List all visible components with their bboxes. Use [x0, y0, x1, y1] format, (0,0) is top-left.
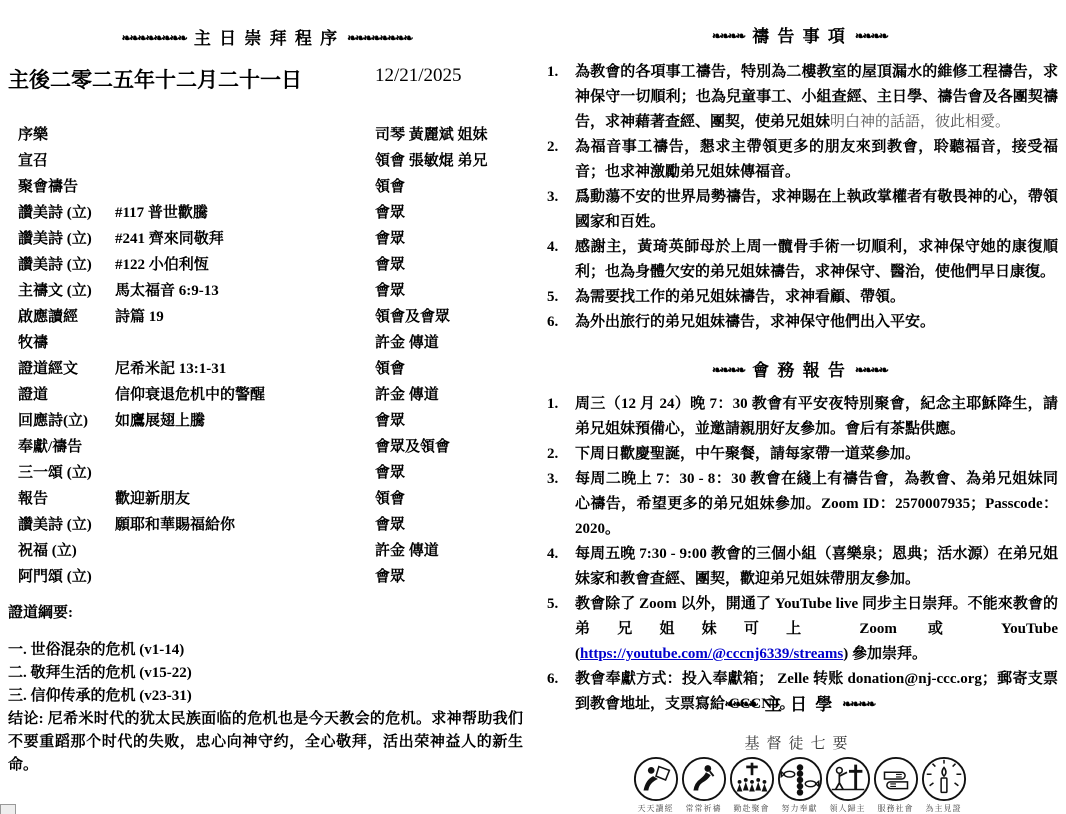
item-text: 為教會的各項事工禱告，特別為二樓教室的屋頂漏水的維修工程禱告，求神保守一切順利；… — [575, 60, 1058, 135]
program-person: 會眾及領會 — [375, 434, 523, 460]
program-person: 領會 張敏焜 弟兄 — [375, 148, 523, 174]
sunday-school-header: ❧❧❧❧主 日 學❧❧❧❧ — [533, 690, 1066, 715]
program-item: 讚美詩 (立) — [18, 200, 115, 226]
serve-society-icon — [873, 756, 919, 802]
youtube-streams-link[interactable]: https://youtube.com/@cccnj6339/streams — [580, 646, 843, 662]
lead-people-to-lord-item: 領人歸主 — [824, 756, 871, 814]
prayer-text: 為需要找工作的弟兄姐妹禱告，求神看顧、帶領。 — [575, 285, 1058, 310]
item-number: 5. — [545, 285, 575, 310]
date-row: 主後二零二五年十二月二十一日 12/21/2025 — [8, 64, 523, 94]
table-row: 啟應讀經詩篇 19領會及會眾 — [18, 304, 523, 330]
icon-caption: 服務社會 — [878, 803, 914, 814]
program-person: 會眾 — [375, 252, 523, 278]
item-number: 1. — [545, 392, 575, 442]
table-row: 讚美詩 (立)#241 齊來同敬拜會眾 — [18, 226, 523, 252]
program-detail — [115, 122, 375, 148]
icon-caption: 領人歸主 — [830, 803, 866, 814]
program-person: 會眾 — [375, 226, 523, 252]
swirl-ornament-icon: ❧❧❧❧ — [717, 697, 765, 711]
swirl-ornament-icon: ❧❧❧❧ — [704, 29, 752, 43]
program-detail: 詩篇 19 — [115, 304, 375, 330]
outline-point-3: 三. 信仰传承的危机 (v23-31) — [8, 685, 523, 708]
item-number: 4. — [545, 235, 575, 285]
table-row: 序樂司琴 黃麗斌 姐妹 — [18, 122, 523, 148]
prayer-text: 為福音事工禱告，懇求主帶領更多的朋友來到教會，聆聽福音，接受福音；也求神激勵弟兄… — [575, 135, 1058, 185]
swirl-ornament-icon: ❧❧❧❧ — [834, 697, 882, 711]
program-detail: 如鷹展翅上騰 — [115, 408, 375, 434]
item-number: 3. — [545, 185, 575, 235]
table-row: 主禱文 (立)馬太福音 6:9-13會眾 — [18, 278, 523, 304]
list-item: 2. 為福音事工禱告，懇求主帶領更多的朋友來到教會，聆聽福音，接受福音；也求神激… — [545, 135, 1058, 185]
announcements-column: ❧❧❧❧禱 告 事 項❧❧❧❧ 1. 為教會的各項事工禱告，特別為二樓教室的屋頂… — [533, 0, 1066, 814]
announcement-text: 周三（12 月 24）晚 7：30 教會有平安夜特別聚會，紀念主耶穌降生，請弟兄… — [575, 392, 1058, 442]
diligent-offering-icon — [777, 756, 823, 802]
program-item: 讚美詩 (立) — [18, 512, 115, 538]
item-number: 2. — [545, 135, 575, 185]
table-row: 報告歡迎新朋友領會 — [18, 486, 523, 512]
attend-meetings-icon — [729, 756, 775, 802]
program-item: 報告 — [18, 486, 115, 512]
program-detail: 馬太福音 6:9-13 — [115, 278, 375, 304]
item-number: 6. — [545, 310, 575, 335]
constant-prayer-item: 常常祈禱 — [680, 756, 727, 814]
list-item: 1. 周三（12 月 24）晚 7：30 教會有平安夜特別聚會，紀念主耶穌降生，… — [545, 392, 1058, 442]
witness-for-lord-item: 為主見證 — [920, 756, 967, 814]
program-detail — [115, 330, 375, 356]
program-item: 證道 — [18, 382, 115, 408]
program-item: 宣召 — [18, 148, 115, 174]
program-detail — [115, 564, 375, 590]
swirl-ornament-icon: ❧❧❧❧❧❧❧❧ — [339, 31, 419, 45]
church-affairs-header: ❧❧❧❧會 務 報 告❧❧❧❧ — [533, 356, 1066, 381]
icon-caption: 為主見證 — [926, 803, 962, 814]
program-item: 啟應讀經 — [18, 304, 115, 330]
list-item: 5. 為需要找工作的弟兄姐妹禱告，求神看顧、帶領。 — [545, 285, 1058, 310]
outline-point-2: 二. 敬拜生活的危机 (v15-22) — [8, 662, 523, 685]
table-row: 牧禱許金 傳道 — [18, 330, 523, 356]
program-item: 證道經文 — [18, 356, 115, 382]
item-number: 4. — [545, 542, 575, 592]
program-detail — [115, 460, 375, 486]
program-item: 阿門頌 (立) — [18, 564, 115, 590]
diligent-offering-item: 努力奉獻 — [776, 756, 823, 814]
announcement-text: 每周五晚 7:30 - 9:00 教會的三個小組（喜樂泉；恩典；活水源）在弟兄姐… — [575, 542, 1058, 592]
attend-meetings-item: 勤赴聚會 — [728, 756, 775, 814]
program-detail: 信仰衰退危机中的警醒 — [115, 382, 375, 408]
church-bulletin-page: ❧❧❧❧❧❧❧❧主 日 崇 拜 程 序❧❧❧❧❧❧❧❧ 主後二零二五年十二月二十… — [0, 0, 1066, 814]
seven-essentials-icon-row: 天天讀經 常常祈禱 — [533, 756, 1066, 814]
daily-bible-reading-item: 天天讀經 — [632, 756, 679, 814]
program-detail — [115, 434, 375, 460]
worship-order-column: ❧❧❧❧❧❧❧❧主 日 崇 拜 程 序❧❧❧❧❧❧❧❧ 主後二零二五年十二月二十… — [0, 0, 533, 814]
announcement-text-after-link: ) 參加崇拜。 — [843, 646, 927, 662]
table-row: 讚美詩 (立)願耶和華賜福給你會眾 — [18, 512, 523, 538]
witness-for-lord-icon — [921, 756, 967, 802]
program-person: 許金 傳道 — [375, 382, 523, 408]
prayer-text-alt-font: 明白神的話語，彼此相愛。 — [830, 114, 1010, 130]
church-affairs-title: 會 務 報 告 — [752, 361, 847, 380]
christian-seven-essentials-graphic: 基督徒七要 天天讀經 常常祈禱 — [533, 732, 1066, 814]
icon-caption: 常常祈禱 — [686, 803, 722, 814]
program-detail: 願耶和華賜福給你 — [115, 512, 375, 538]
list-item: 6. 為外出旅行的弟兄姐妹禱告，求神保守他們出入平安。 — [545, 310, 1058, 335]
outline-point-1: 一. 世俗混杂的危机 (v1-14) — [8, 639, 523, 662]
program-detail: 歡迎新朋友 — [115, 486, 375, 512]
program-person: 領會 — [375, 174, 523, 200]
program-person: 領會 — [375, 486, 523, 512]
program-person: 領會 — [375, 356, 523, 382]
item-text: 教會除了 Zoom 以外，開通了 YouTube live 同步主日崇拜。不能來… — [575, 592, 1058, 667]
program-item: 奉獻/禱告 — [18, 434, 115, 460]
swirl-ornament-icon: ❧❧❧❧❧❧❧❧ — [113, 31, 193, 45]
icon-caption: 勤赴聚會 — [734, 803, 770, 814]
list-item: 3. 每周二晚上 7：30 - 8：30 教會在綫上有禱告會，為教會、為弟兄姐妹… — [545, 467, 1058, 542]
program-person: 會眾 — [375, 278, 523, 304]
program-item: 回應詩(立) — [18, 408, 115, 434]
swirl-ornament-icon: ❧❧❧❧ — [704, 363, 752, 377]
worship-order-title: 主 日 崇 拜 程 序 — [194, 29, 339, 48]
prayer-text: 感謝主，黃琦英師母於上周一髖骨手術一切順利，求神保守她的康復順利；也為身體欠安的… — [575, 235, 1058, 285]
program-person: 會眾 — [375, 200, 523, 226]
list-item: 2. 下周日歡慶聖誕，中午聚餐，請每家帶一道菜參加。 — [545, 442, 1058, 467]
table-row: 宣召領會 張敏焜 弟兄 — [18, 148, 523, 174]
table-row: 聚會禱告領會 — [18, 174, 523, 200]
table-row: 祝福 (立)許金 傳道 — [18, 538, 523, 564]
date-chinese: 主後二零二五年十二月二十一日 — [8, 68, 302, 92]
sunday-school-title: 主 日 學 — [765, 695, 835, 714]
item-number: 5. — [545, 592, 575, 667]
prayer-items-title: 禱 告 事 項 — [752, 27, 847, 46]
worship-program-table: 序樂司琴 黃麗斌 姐妹 宣召領會 張敏焜 弟兄 聚會禱告領會 讚美詩 (立)#1… — [18, 122, 523, 590]
sermon-outline: 證道綱要: 一. 世俗混杂的危机 (v1-14) 二. 敬拜生活的危机 (v15… — [8, 601, 523, 777]
table-row: 奉獻/禱告會眾及領會 — [18, 434, 523, 460]
list-item: 1. 為教會的各項事工禱告，特別為二樓教室的屋頂漏水的維修工程禱告，求神保守一切… — [545, 60, 1058, 135]
table-row: 阿門頌 (立)會眾 — [18, 564, 523, 590]
program-person: 司琴 黃麗斌 姐妹 — [375, 122, 523, 148]
icon-caption: 努力奉獻 — [782, 803, 818, 814]
table-row: 回應詩(立)如鷹展翅上騰會眾 — [18, 408, 523, 434]
serve-society-item: 服務社會 — [872, 756, 919, 814]
program-person: 許金 傳道 — [375, 538, 523, 564]
prayer-text: 爲動蕩不安的世界局勢禱告，求神賜在上執政掌權者有敬畏神的心，帶領國家和百姓。 — [575, 185, 1058, 235]
item-number: 2. — [545, 442, 575, 467]
program-person: 領會及會眾 — [375, 304, 523, 330]
date-numeric: 12/21/2025 — [375, 65, 462, 87]
prayer-text: 為外出旅行的弟兄姐妹禱告，求神保守他們出入平安。 — [575, 310, 1058, 335]
outline-conclusion: 结论: 尼希米时代的犹太民族面临的危机也是今天教会的危机。求神帮助我们不要重蹈那… — [8, 708, 523, 777]
program-detail — [115, 148, 375, 174]
program-detail: #117 普世歡騰 — [115, 200, 375, 226]
church-affairs-list: 1. 周三（12 月 24）晚 7：30 教會有平安夜特別聚會，紀念主耶穌降生，… — [545, 392, 1058, 717]
announcement-text: 下周日歡慶聖誕，中午聚餐，請每家帶一道菜參加。 — [575, 442, 1058, 467]
program-person: 會眾 — [375, 460, 523, 486]
program-detail: #122 小伯利恆 — [115, 252, 375, 278]
program-item: 讚美詩 (立) — [18, 252, 115, 278]
program-detail: 尼希米記 13:1-31 — [115, 356, 375, 382]
program-person: 會眾 — [375, 512, 523, 538]
daily-bible-reading-icon — [633, 756, 679, 802]
program-item: 三一頌 (立) — [18, 460, 115, 486]
graphic-title: 基督徒七要 — [533, 732, 1066, 753]
program-detail — [115, 174, 375, 200]
program-item: 牧禱 — [18, 330, 115, 356]
program-item: 序樂 — [18, 122, 115, 148]
page-corner-artifact — [0, 804, 16, 814]
sermon-outline-heading: 證道綱要: — [8, 601, 523, 622]
item-number: 1. — [545, 60, 575, 135]
table-row: 讚美詩 (立)#117 普世歡騰會眾 — [18, 200, 523, 226]
lead-people-to-lord-icon — [825, 756, 871, 802]
item-number: 3. — [545, 467, 575, 542]
list-item: 4. 每周五晚 7:30 - 9:00 教會的三個小組（喜樂泉；恩典；活水源）在… — [545, 542, 1058, 592]
swirl-ornament-icon: ❧❧❧❧ — [847, 29, 895, 43]
icon-caption: 天天讀經 — [638, 803, 674, 814]
program-item: 祝福 (立) — [18, 538, 115, 564]
program-item: 讚美詩 (立) — [18, 226, 115, 252]
constant-prayer-icon — [681, 756, 727, 802]
program-item: 主禱文 (立) — [18, 278, 115, 304]
list-item: 3. 爲動蕩不安的世界局勢禱告，求神賜在上執政掌權者有敬畏神的心，帶領國家和百姓… — [545, 185, 1058, 235]
table-row: 證道經文尼希米記 13:1-31領會 — [18, 356, 523, 382]
table-row: 證道信仰衰退危机中的警醒許金 傳道 — [18, 382, 523, 408]
table-row: 讚美詩 (立)#122 小伯利恆會眾 — [18, 252, 523, 278]
swirl-ornament-icon: ❧❧❧❧ — [847, 363, 895, 377]
prayer-items-list: 1. 為教會的各項事工禱告，特別為二樓教室的屋頂漏水的維修工程禱告，求神保守一切… — [545, 60, 1058, 335]
program-person: 會眾 — [375, 564, 523, 590]
table-row: 三一頌 (立)會眾 — [18, 460, 523, 486]
list-item: 5. 教會除了 Zoom 以外，開通了 YouTube live 同步主日崇拜。… — [545, 592, 1058, 667]
program-item: 聚會禱告 — [18, 174, 115, 200]
list-item: 4. 感謝主，黃琦英師母於上周一髖骨手術一切順利，求神保守她的康復順利；也為身體… — [545, 235, 1058, 285]
program-detail — [115, 538, 375, 564]
program-detail: #241 齊來同敬拜 — [115, 226, 375, 252]
program-person: 許金 傳道 — [375, 330, 523, 356]
program-person: 會眾 — [375, 408, 523, 434]
announcement-text: 每周二晚上 7：30 - 8：30 教會在綫上有禱告會，為教會、為弟兄姐妹同心禱… — [575, 467, 1058, 542]
prayer-items-header: ❧❧❧❧禱 告 事 項❧❧❧❧ — [533, 22, 1066, 47]
worship-order-header: ❧❧❧❧❧❧❧❧主 日 崇 拜 程 序❧❧❧❧❧❧❧❧ — [0, 24, 533, 49]
